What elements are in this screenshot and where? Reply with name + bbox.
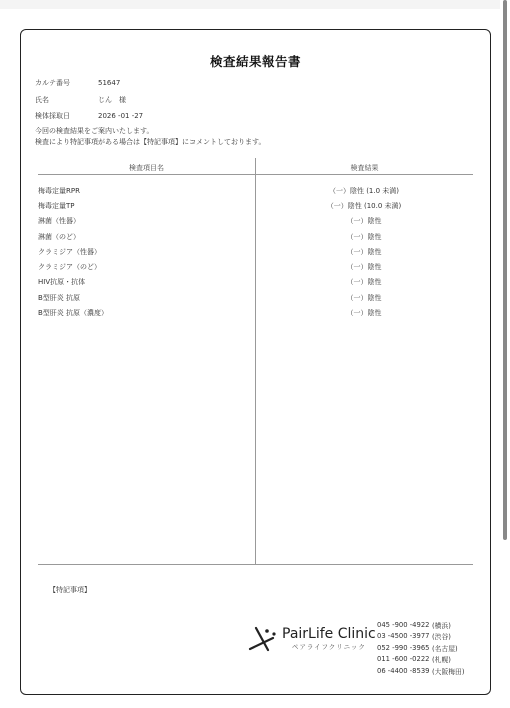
test-name: 梅毒定量TP — [38, 201, 255, 211]
table-row: 梅毒定量RPR （一）陰性 (1.0 未満) — [38, 183, 473, 198]
intro-text: 今回の検査結果をご案内いたします。 検査により特記事項がある場合は【特記事項】に… — [35, 126, 265, 148]
test-result: （一）陰性 — [255, 216, 473, 226]
clinic-logo: PairLife Clinic ペアライフクリニック — [247, 623, 376, 655]
test-name: B型肝炎 抗原 — [38, 293, 255, 303]
test-name: クラミジア（性器） — [38, 247, 255, 257]
header-divider — [38, 174, 473, 175]
test-result: （一）陰性 (1.0 未満) — [255, 186, 473, 196]
chart-number-value: 51647 — [98, 79, 120, 87]
test-result: （一）陰性 — [255, 247, 473, 257]
table-row: 淋菌（のど） （一）陰性 — [38, 229, 473, 244]
patient-info: カルテ番号 51647 氏名 じん 様 検体採取日 2026 -01 -27 — [35, 75, 143, 125]
phone-number: 011 -600 -0222 — [377, 655, 432, 663]
header-test-name: 検査項目名 — [38, 163, 255, 173]
test-result: （一）陰性 — [255, 277, 473, 287]
test-result: （一）陰性 — [255, 293, 473, 303]
table-row: クラミジア（性器） （一）陰性 — [38, 244, 473, 259]
sample-date-label: 検体採取日 — [35, 111, 98, 121]
test-result: （一）陰性 — [255, 232, 473, 242]
clinic-logo-text: PairLife Clinic ペアライフクリニック — [282, 627, 376, 651]
phone-row: 052 -990 -3965 (名古屋) — [377, 642, 465, 654]
patient-name-value: じん 様 — [98, 95, 126, 105]
phone-number: 06 -4400 -8539 — [377, 667, 432, 675]
viewer-top-bar — [0, 0, 500, 9]
vertical-scrollbar[interactable] — [503, 0, 507, 540]
patient-name-label: 氏名 — [35, 95, 98, 105]
phone-branch: (横浜) — [432, 620, 451, 630]
phone-branch: (渋谷) — [432, 631, 451, 641]
test-result: （一）陰性 — [255, 308, 473, 318]
test-name: HIV抗原・抗体 — [38, 277, 255, 287]
clinic-name-ja: ペアライフクリニック — [282, 642, 376, 651]
results-table: 梅毒定量RPR （一）陰性 (1.0 未満) 梅毒定量TP （一）陰性 (10.… — [38, 183, 473, 321]
phone-row: 06 -4400 -8539 (大阪梅田) — [377, 665, 465, 677]
sample-date-value: 2026 -01 -27 — [98, 112, 143, 120]
phone-branch: (札幌) — [432, 654, 451, 664]
chart-number-label: カルテ番号 — [35, 78, 98, 88]
phone-number: 045 -900 -4922 — [377, 621, 432, 629]
table-row: HIV抗原・抗体 （一）陰性 — [38, 275, 473, 290]
table-row: 梅毒定量TP （一）陰性 (10.0 未満) — [38, 198, 473, 213]
phone-row: 011 -600 -0222 (札幌) — [377, 654, 465, 666]
meta-row-chart-number: カルテ番号 51647 — [35, 75, 143, 92]
meta-row-name: 氏名 じん 様 — [35, 92, 143, 109]
clinic-name-en: PairLife Clinic — [282, 627, 376, 642]
clinic-logo-icon — [247, 623, 279, 655]
phone-number: 052 -990 -3965 — [377, 644, 432, 652]
intro-line-2: 検査により特記事項がある場合は【特記事項】にコメントしております。 — [35, 137, 265, 148]
intro-line-1: 今回の検査結果をご案内いたします。 — [35, 126, 265, 137]
test-name: 淋菌（のど） — [38, 232, 255, 242]
header-test-result: 検査結果 — [256, 163, 473, 173]
table-bottom-divider — [38, 564, 473, 565]
meta-row-sample-date: 検体採取日 2026 -01 -27 — [35, 108, 143, 125]
table-row: B型肝炎 抗原（濃度） （一）陰性 — [38, 305, 473, 320]
table-row: 淋菌（性器） （一）陰性 — [38, 214, 473, 229]
test-result: （一）陰性 — [255, 262, 473, 272]
phone-row: 045 -900 -4922 (横浜) — [377, 619, 465, 631]
phone-row: 03 -4500 -3977 (渋谷) — [377, 631, 465, 643]
clinic-phone-list: 045 -900 -4922 (横浜) 03 -4500 -3977 (渋谷) … — [377, 619, 465, 677]
test-name: 梅毒定量RPR — [38, 186, 255, 196]
test-name: 淋菌（性器） — [38, 216, 255, 226]
phone-branch: (大阪梅田) — [432, 666, 465, 676]
phone-branch: (名古屋) — [432, 643, 458, 653]
table-row: クラミジア（のど） （一）陰性 — [38, 259, 473, 274]
report-document: 検査結果報告書 カルテ番号 51647 氏名 じん 様 検体採取日 2026 -… — [20, 29, 491, 695]
test-result: （一）陰性 (10.0 未満) — [255, 201, 473, 211]
table-row: B型肝炎 抗原 （一）陰性 — [38, 290, 473, 305]
remarks-label: 【特記事項】 — [49, 585, 91, 595]
test-name: クラミジア（のど） — [38, 262, 255, 272]
test-name: B型肝炎 抗原（濃度） — [38, 308, 255, 318]
phone-number: 03 -4500 -3977 — [377, 632, 432, 640]
report-title: 検査結果報告書 — [21, 52, 490, 70]
